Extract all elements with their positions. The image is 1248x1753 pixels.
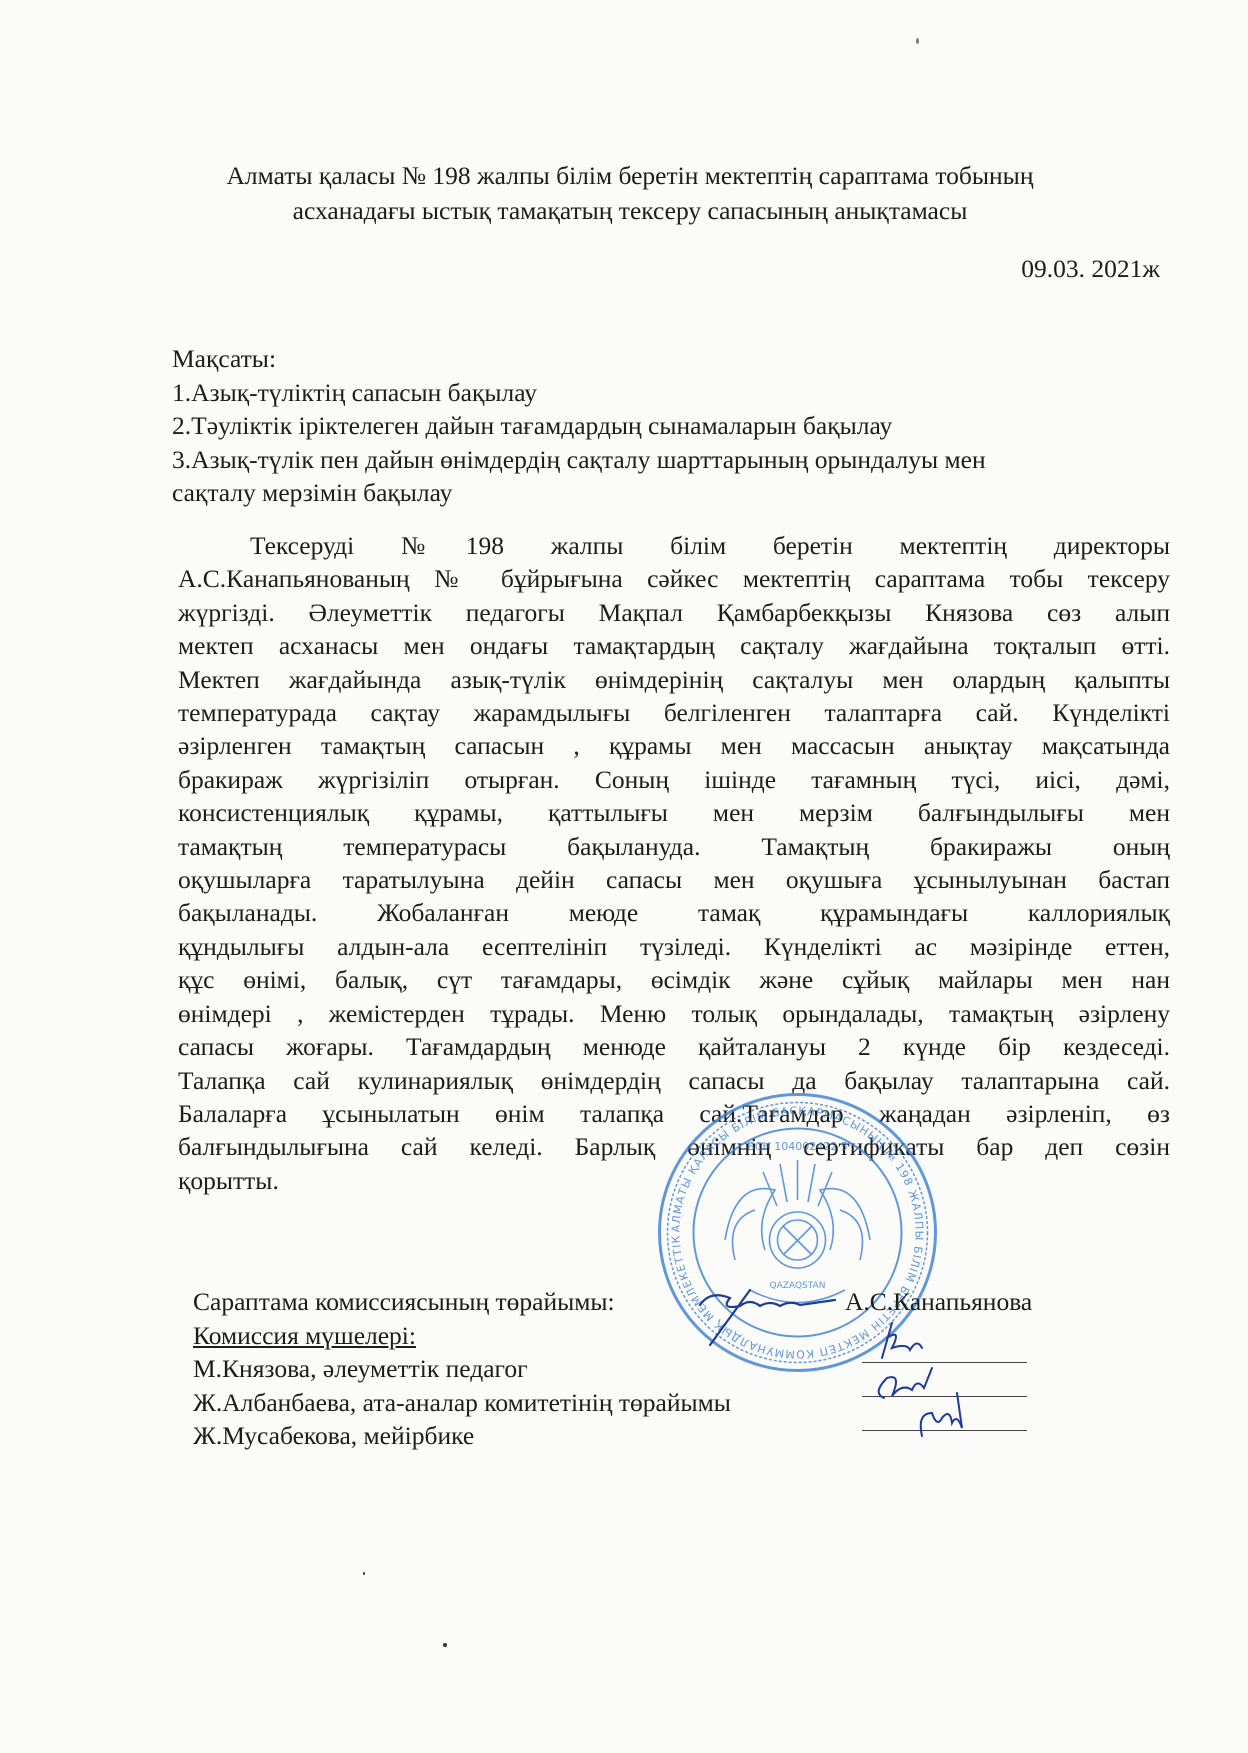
goal-item: 3.Азық-түлік пен дайын өнімдердің сақтал…	[172, 443, 1132, 477]
goal-item: 2.Тәуліктік іріктелеген дайын тағамдарды…	[172, 409, 1132, 443]
body-line: мектеп асханасы мен ондағы тамақтардың с…	[178, 629, 1170, 662]
chair-row: Сараптама комиссиясының төрайымы: А.С.Ка…	[193, 1285, 1093, 1319]
body-line: бракираж жүргізіліп отырған. Соның ішінд…	[178, 763, 1170, 796]
body-line: тамақтың температурасы бақылануда. Тамақ…	[178, 830, 1170, 863]
body-line: Мектеп жағдайында азық-түлік өнімдерінің…	[178, 663, 1170, 696]
scan-speck	[443, 1643, 447, 1647]
body-line: сапасы жоғары. Тағамдардың менюде қайтал…	[178, 1030, 1170, 1063]
document-page: Алматы қаласы № 198 жалпы білім беретін …	[0, 0, 1248, 1753]
body-line: құндылығы алдын-ала есептелініп түзіледі…	[178, 930, 1170, 963]
title-line-1: Алматы қаласы № 198 жалпы білім беретін …	[150, 158, 1110, 193]
body-paragraph: Тексеруді №198 жалпы білім беретін мекте…	[178, 529, 1170, 1197]
body-line: бақыланады. Жобаланған меюде тамақ құрам…	[178, 896, 1170, 929]
member-signatures-icon	[862, 1318, 1022, 1448]
document-date: 09.03. 2021ж	[1021, 254, 1160, 284]
body-line: Талапқа сай кулинариялық өнімдердің сапа…	[178, 1064, 1170, 1097]
scan-speck	[916, 38, 919, 44]
body-line: Тексеруді №198 жалпы білім беретін мекте…	[178, 529, 1170, 562]
body-line: оқушыларға таратылуына дейін сапасы мен …	[178, 863, 1170, 896]
chair-label: Сараптама комиссиясының төрайымы:	[193, 1287, 615, 1316]
body-line: А.С.Канапьянованың № бұйрығына сәйкес ме…	[178, 562, 1170, 595]
body-line: консистенциялық құрамы, қаттылығы мен ме…	[178, 796, 1170, 829]
body-line: Балаларға ұсынылатын өнім талапқа сай.Та…	[178, 1097, 1170, 1130]
body-line: температурада сақтау жарамдылығы белгіле…	[178, 696, 1170, 729]
body-line: жүргізді. Әлеуметтік педагогы Мақпал Қам…	[178, 596, 1170, 629]
svg-text:БСН 104002422 5: БСН 104002422 5	[747, 1140, 847, 1153]
scan-speck	[363, 1572, 365, 1575]
goals-section: Мақсаты: 1.Азық-түліктің сапасын бақылау…	[172, 342, 1132, 510]
goal-item: сақталу мерзімін бақылау	[172, 476, 1132, 510]
body-line: өнімдері , жемістерден тұрады. Меню толы…	[178, 997, 1170, 1030]
chair-name: А.С.Канапьянова	[845, 1285, 1032, 1319]
title-line-2: асханадағы ыстық тамақатың тексеру сапас…	[150, 193, 1110, 228]
body-line: құс өнімі, балық, сүт тағамдары, өсімдік…	[178, 963, 1170, 996]
goal-item: 1.Азық-түліктің сапасын бақылау	[172, 376, 1132, 410]
document-title: Алматы қаласы № 198 жалпы білім беретін …	[150, 158, 1110, 228]
body-line: әзірленген тамақтың сапасын , құрамы мен…	[178, 729, 1170, 762]
goals-heading: Мақсаты:	[172, 342, 1132, 376]
